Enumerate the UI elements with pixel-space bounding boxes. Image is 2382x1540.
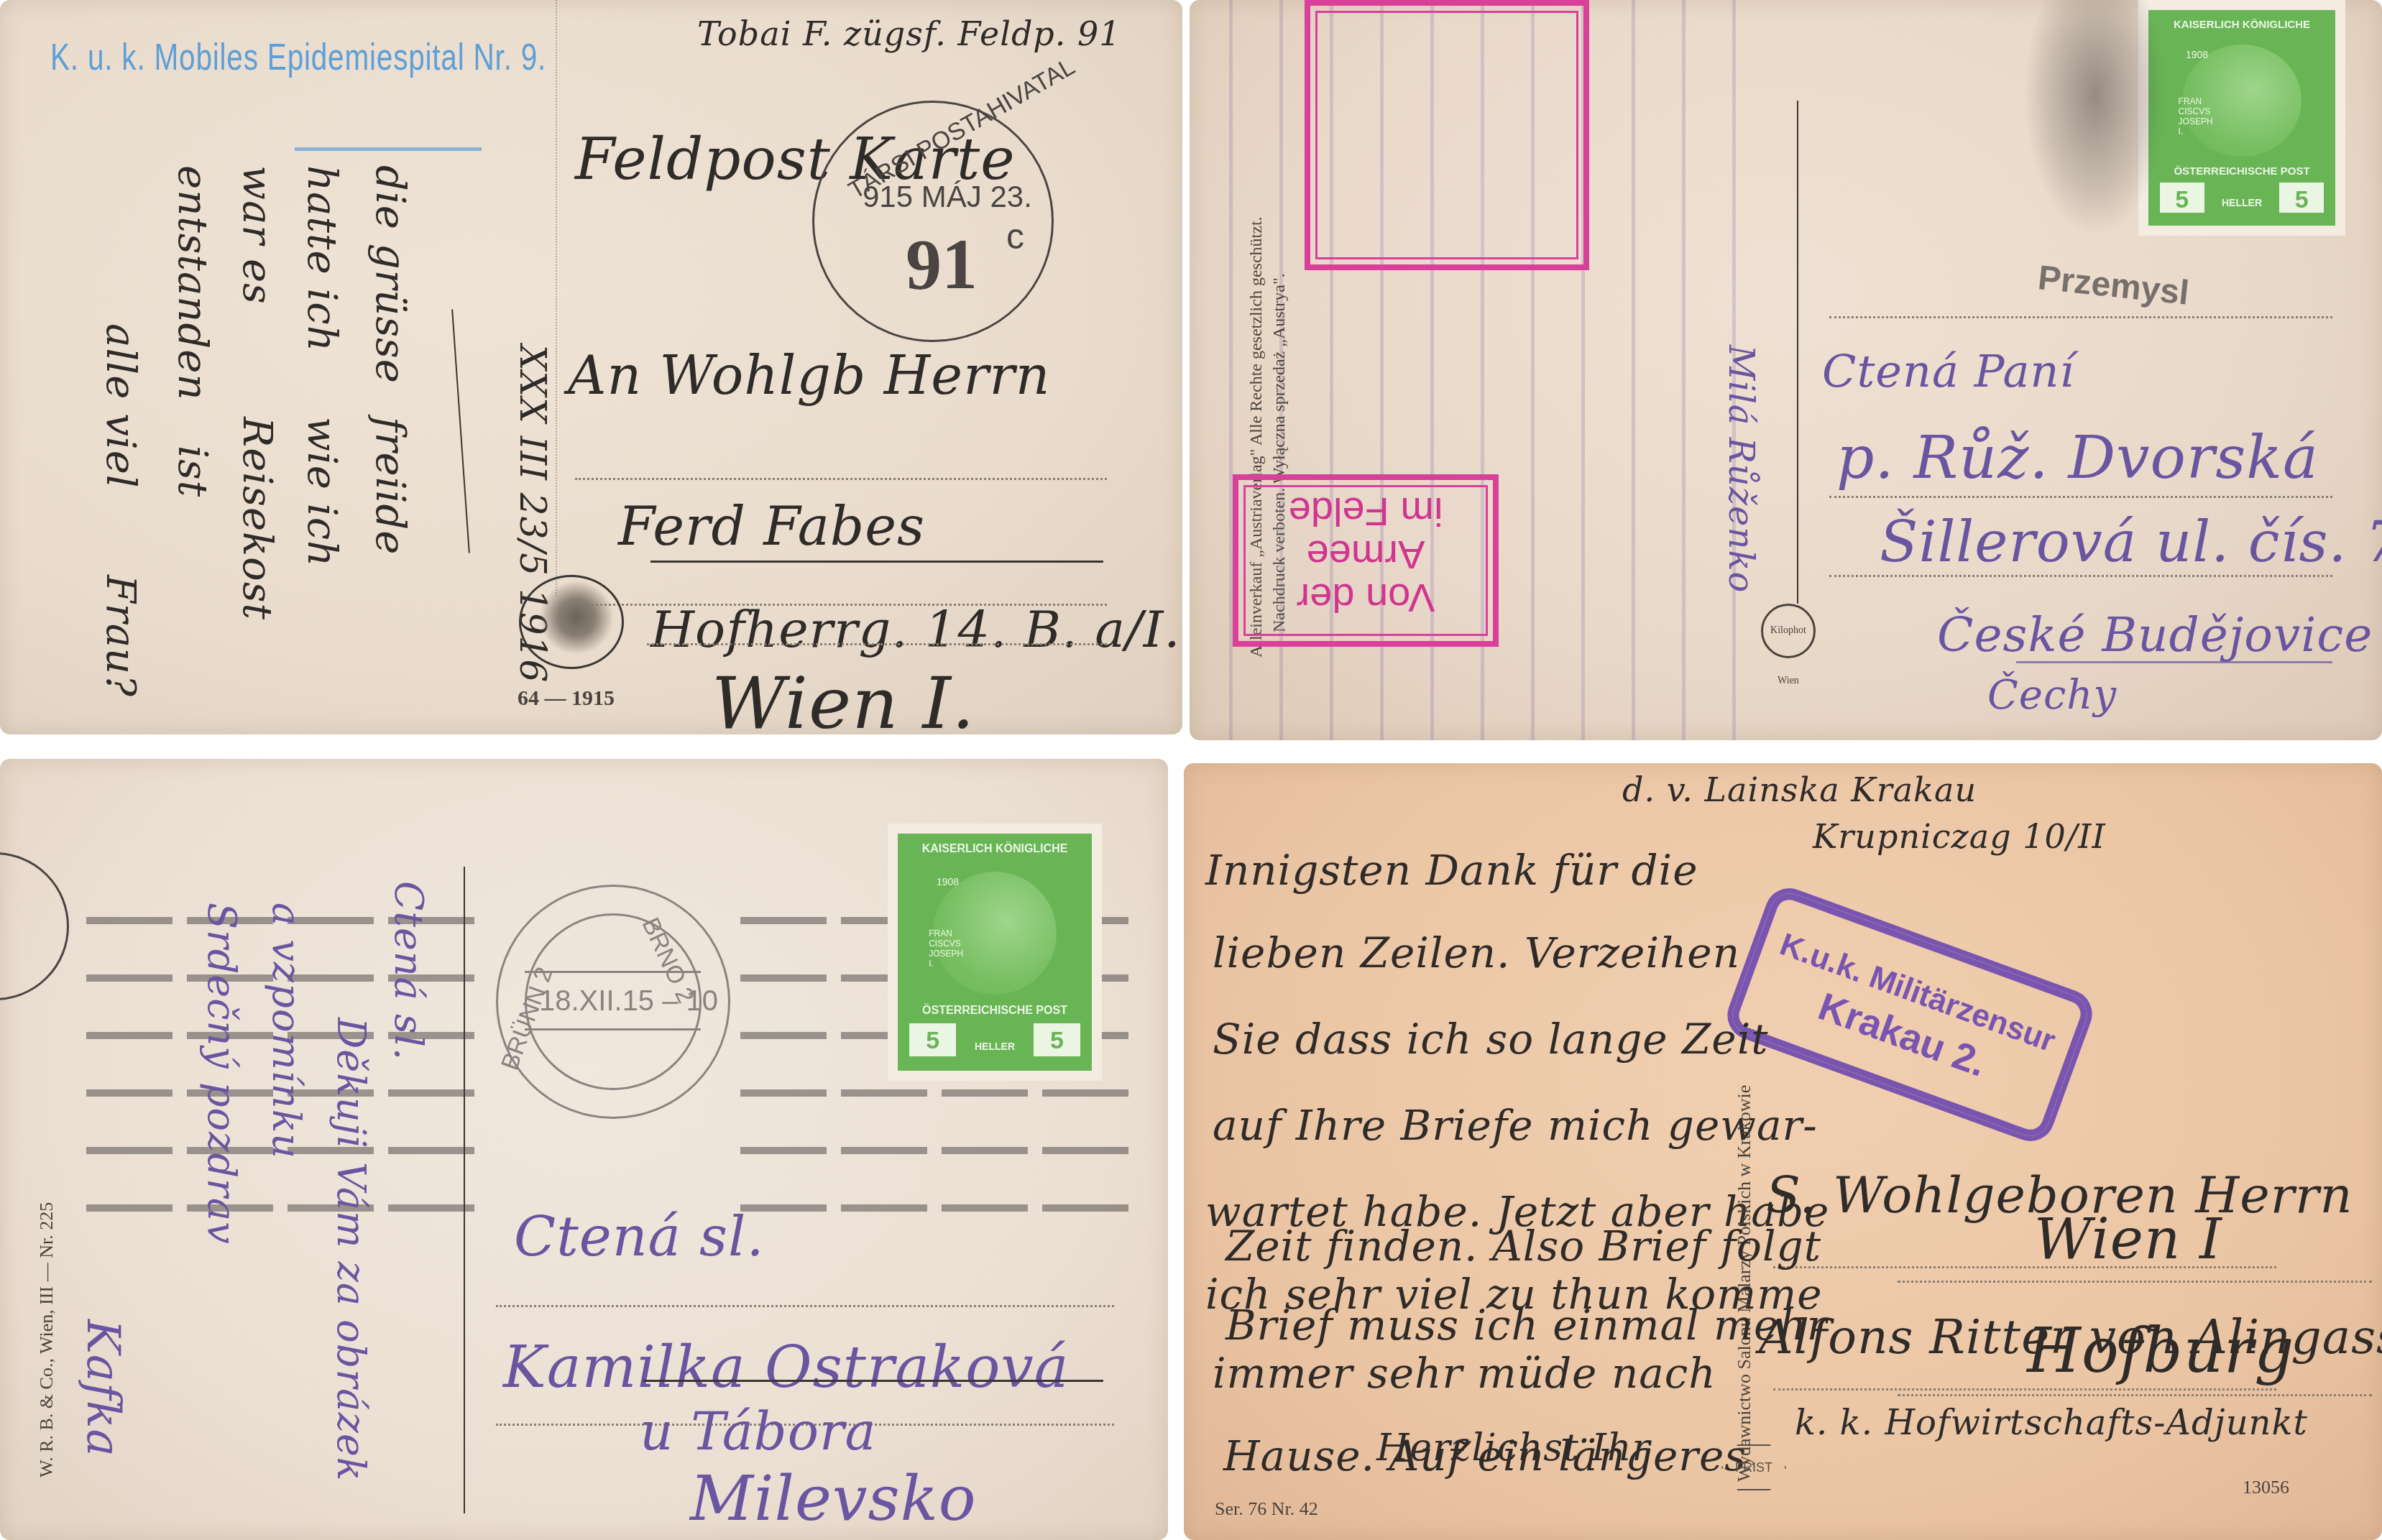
signature: Kafka [76,1319,129,1457]
message-line-2: lieben Zeilen. Verzeihen [1213,928,1740,977]
stamp-top-text: KAISERLICH KÖNIGLICHE [2148,19,2335,31]
address-rule-1 [496,1305,1114,1307]
kilophot-logo: Kilophot Wien [1761,604,1816,658]
publisher-vertical: W. R. B. & Co., Wien, III — Nr. 225 [36,1202,58,1477]
stamp-year: 1908 [2186,49,2208,60]
message-line-1: die grüsse [367,165,413,384]
divider-line [1797,101,1798,604]
divider-line [464,867,465,1513]
message-line-1: Ctená sl. [386,881,431,1061]
card4-message-line-9-shown: Brief muss ich einmal mehr [1226,1301,1827,1350]
address-line-2: Kamilka Ostraková [503,1334,1069,1401]
message-line-6: freiide [367,417,413,555]
stamp-value-right: 5 [2279,183,2324,213]
postmark-suffix: c [1006,216,1024,257]
postcard-1: K. u. k. Mobiles Epidemiespital Nr. 9. T… [0,0,1182,734]
brunn-postmark: 18.XII.15 – 10 BRÜNN 2 BRNO 2 [496,885,748,1136]
stamp-year: 1908 [937,876,959,887]
serial-number: 13056 [2243,1477,2289,1498]
hospital-cachet: K. u. k. Mobiles Epidemiespital Nr. 9. [50,36,546,79]
salutation: Milá Růženko [1721,345,1761,593]
address-line-2: p. Růž. Dvorská [1836,424,2319,492]
address-line-5: Čechy [1987,672,2117,719]
stamp-value-left: 5 [909,1023,956,1056]
message-line-2: hatte ich [298,165,345,352]
city-underline [2016,661,2332,663]
divider-line [556,0,558,596]
stamp-value-right: 5 [1034,1023,1080,1056]
message-line-3: a vzpomínku [264,903,309,1159]
stamp-side-text: ÖSTERREICHISCHE POST [898,1005,1092,1018]
postmark-date: 915 MÁJ 23. [863,180,1032,214]
army-field-stamp [1305,0,1589,270]
city-underline [650,561,1103,563]
message-line-9: ist [169,446,216,497]
stamp-caption: FRAN CISCVS JOSEPH I. [2179,96,2213,137]
message-line-5: alle viel [97,323,144,489]
address-line-4: České Budějovice [1937,607,2373,663]
postmark-number: 91 [906,223,978,305]
message-line-7: immer sehr müde nach [1213,1349,1716,1398]
address-rule-1 [575,478,1107,480]
address-line-3: k. k. Hofwirtschafts-Adjunkt [1795,1403,2308,1443]
st-george-rider-icon [519,575,624,669]
address-rule-4 [647,643,1107,645]
hex-logo-text: FRIST [1735,1460,1772,1475]
stamp-denomination: HELLER [960,1041,1029,1052]
series-label: Ser. 76 Nr. 42 [1215,1498,1318,1520]
message-line-3: war es [234,165,280,305]
postage-stamp: KAISERLICH KÖNIGLICHE 1908 FRAN CISCVS J… [888,824,1102,1081]
card4-address-line-5: Hofburg [2027,1315,2294,1387]
cachet-underline [295,147,482,151]
header-line-2: Krupniczag 10/II [1813,817,2106,856]
stamp-top-text: KAISERLICH KÖNIGLICHE [898,843,1092,856]
przemysl-cancel: Przemysl [2036,258,2191,313]
address-line-4-text: Hofherrg. 14. B. a/I. [650,600,1181,659]
message-line-3: Sie dass ich so lange Zeit [1213,1015,1769,1064]
message-line-1: Innigsten Dank für die [1205,846,1698,895]
publisher-mark: 64 — 1915 [518,686,615,711]
stamp-side-text: ÖSTERREICHISCHE POST [2148,165,2335,177]
card4-signature: Herzlichst Ihr [1376,1426,1650,1470]
message-line-4: Srdečný pozdrav [199,903,244,1245]
message-line-8: Reisekost [234,417,280,620]
address-line-1: Ctená Paní [1822,345,2074,397]
address-line-3: Wien I. [712,661,975,734]
edge-postmark [0,852,69,1000]
card4-address-line-4: Wien I [2034,1207,2222,1272]
address-rule-2 [1829,496,2332,498]
cancel-smudge [2023,0,2167,237]
message-line-2: Děkuji Vám za obrázek [328,1018,374,1482]
postmark: TÁRSI POSTAHIVATAL 915 MÁJ 23. 91 c [812,101,1057,345]
divider-line-2 [451,309,470,553]
address-rule-2 [1773,1388,2276,1391]
message-line-4: entstanden [169,165,216,400]
address-line-2: Ferd Fabes [618,496,925,558]
stamp-denomination: HELLER [2208,197,2276,208]
stamp-caption: FRAN CISCVS JOSEPH I. [929,928,963,969]
address-line-3: Šillerová ul. čís. 778 [1880,510,2382,575]
stamp-line-1: Von der Armee [1238,533,1493,619]
address-rule-1 [1829,316,2332,318]
stamp-line-2: im Felde [1238,490,1493,533]
card4-address-rule-3 [1898,1281,2372,1283]
card3-address-line-4: u Tábora [640,1401,876,1462]
postcard-4: d. v. Lainska Krakau Krupniczag 10/II K.… [1184,763,2382,1540]
address-line-3: Milevsko [690,1463,977,1535]
header-line-1: d. v. Lainska Krakau [1622,770,1977,809]
logo-text: Kilophot Wien [1770,625,1806,686]
von-der-armee-stamp: Von der Armee im Felde [1233,474,1499,647]
postage-stamp: KAISERLICH KÖNIGLICHE 1908 FRAN CISCVS J… [2138,0,2345,236]
message-line-7: wie ich [298,417,345,567]
card3-city-underline [643,1380,1103,1382]
address-rule-3 [1829,575,2332,577]
message-line-10: Frau? [97,575,144,697]
address-line-1: An Wohlgb Herrn [568,345,1051,407]
publisher-vertical: Wydawnictwo Salonu Malarzy Polskich w Kr… [1734,1085,1755,1482]
message-line-4: auf Ihre Briefe mich gewar- [1213,1101,1818,1150]
address-line-1: Ctená sl. [514,1204,765,1268]
header-handwriting: Tobai F. zügsf. Feldp. 91 [697,14,1121,53]
postcard-2: Alleinverkauf „Austriaverlag" Alle Recht… [1190,0,2382,740]
card4-message-line-10: Zeit finden. Also Brief folgt [1226,1222,1821,1271]
card4-address-rule-4 [1898,1394,2372,1396]
postcard-3: W. R. B. & Co., Wien, III — Nr. 225 18.X… [0,759,1168,1540]
